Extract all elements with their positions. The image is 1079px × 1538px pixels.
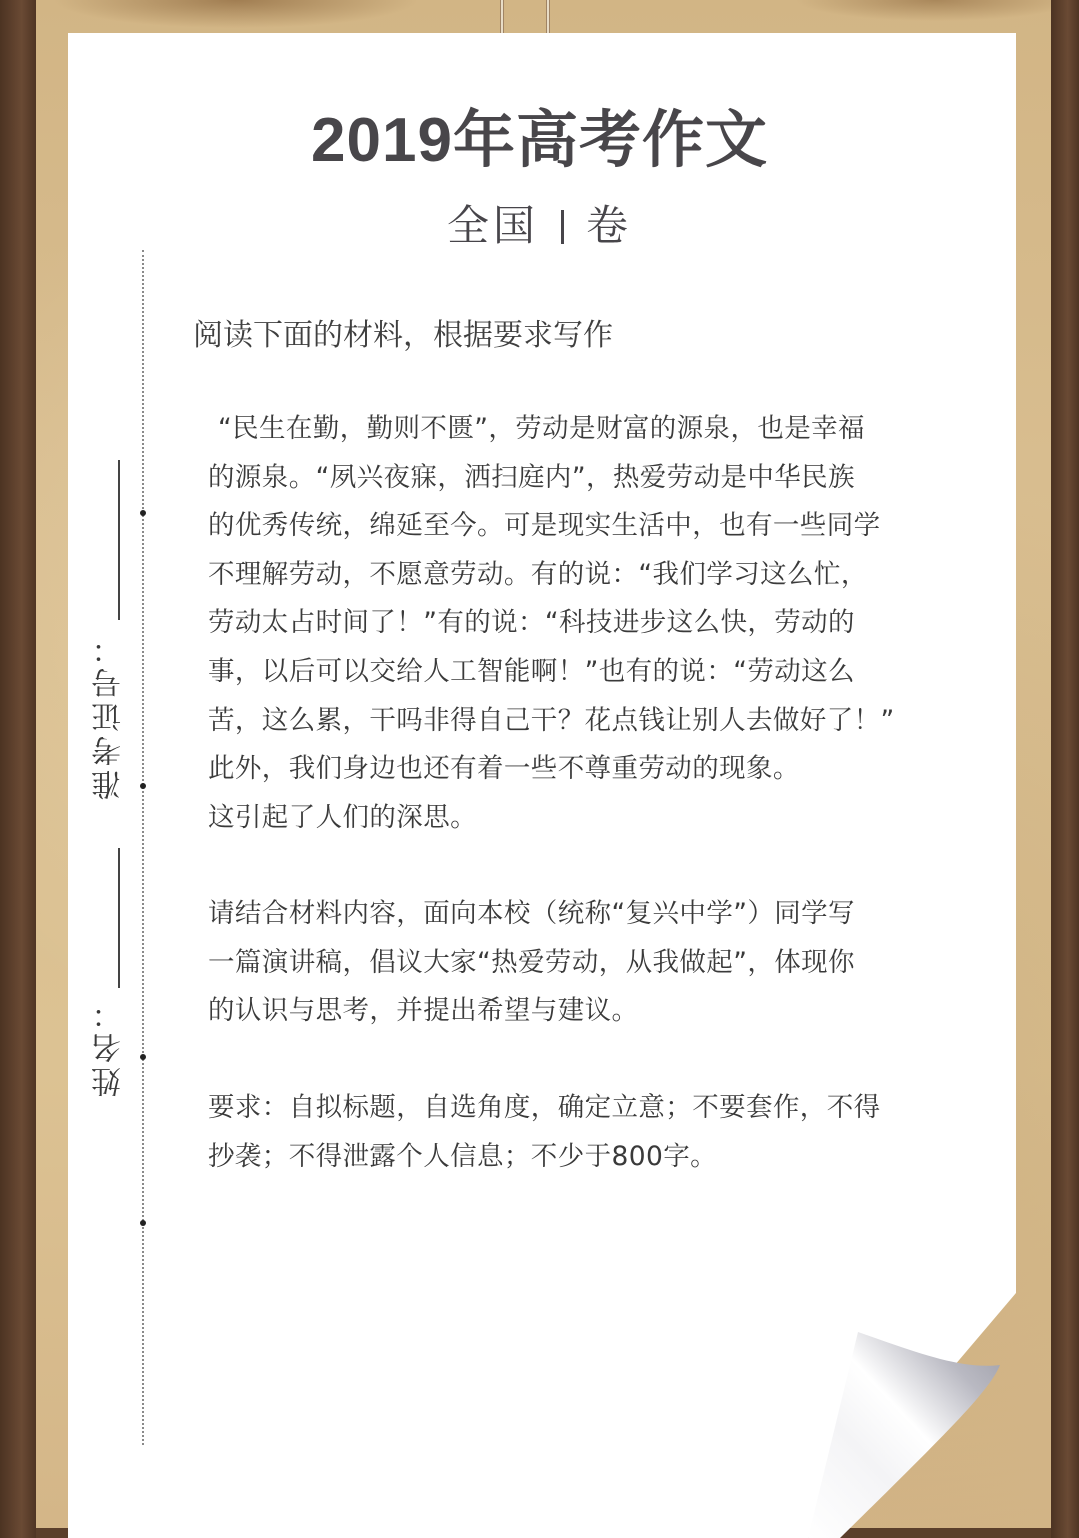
material-line: 的优秀传统，绵延至今。可是现实生活中，也有一些同学 xyxy=(208,502,928,551)
binding-dot xyxy=(140,783,146,789)
task-line: 一篇演讲稿，倡议大家“热爱劳动，从我做起”，体现你 xyxy=(208,939,928,988)
material-line: 此外，我们身边也还有着一些不尊重劳动的现象。 xyxy=(208,745,928,794)
name-label: 姓名： xyxy=(88,995,138,1097)
material-line: 劳动太占时间了！”有的说：“科技进步这么快，劳动的 xyxy=(208,599,928,648)
subtitle-region: 全国 xyxy=(447,201,539,250)
task-paragraph: 请结合材料内容，面向本校（统称“复兴中学”）同学写 一篇演讲稿，倡议大家“热爱劳… xyxy=(208,890,928,1036)
exam-paper-subtitle: 全国卷 xyxy=(0,196,1079,256)
binding-dotted-line xyxy=(142,250,144,1445)
material-line: 苦，这么累，干吗非得自己干？花点钱让别人去做好了！” xyxy=(208,697,928,746)
name-underline[interactable] xyxy=(118,848,120,988)
exam-id-underline[interactable] xyxy=(118,460,120,620)
material-line: “民生在勤，勤则不匮”，劳动是财富的源泉，也是幸福 xyxy=(218,405,928,454)
hanging-string-left xyxy=(500,0,504,34)
binding-dot xyxy=(140,510,146,516)
exam-id-label: 准考证号： xyxy=(88,630,138,800)
requirement-line: 抄袭；不得泄露个人信息；不少于800字。 xyxy=(208,1133,928,1182)
subtitle-numeral-divider xyxy=(561,210,564,244)
subtitle-suffix: 卷 xyxy=(586,201,632,250)
material-line: 的源泉。“夙兴夜寐，洒扫庭内”，热爱劳动是中华民族 xyxy=(208,454,928,503)
task-line: 请结合材料内容，面向本校（统称“复兴中学”）同学写 xyxy=(208,890,928,939)
material-line: 这引起了人们的深思。 xyxy=(208,794,928,843)
task-line: 的认识与思考，并提出希望与建议。 xyxy=(208,987,928,1036)
requirement-line: 要求：自拟标题，自选角度，确定立意；不要套作，不得 xyxy=(208,1084,928,1133)
material-paragraph: “民生在勤，勤则不匮”，劳动是财富的源泉，也是幸福 的源泉。“夙兴夜寐，洒扫庭内… xyxy=(208,405,928,842)
binding-dot xyxy=(140,1220,146,1226)
material-line: 不理解劳动，不愿意劳动。有的说：“我们学习这么忙， xyxy=(208,551,928,600)
page-title: 2019年高考作文 xyxy=(0,105,1079,177)
hanging-string-right xyxy=(546,0,550,34)
requirements-paragraph: 要求：自拟标题，自选角度，确定立意；不要套作，不得 抄袭；不得泄露个人信息；不少… xyxy=(208,1084,928,1181)
binding-dot xyxy=(140,1054,146,1060)
material-line: 事，以后可以交给人工智能啊！”也有的说：“劳动这么 xyxy=(208,648,928,697)
intro-instruction: 阅读下面的材料，根据要求写作 xyxy=(193,312,613,360)
